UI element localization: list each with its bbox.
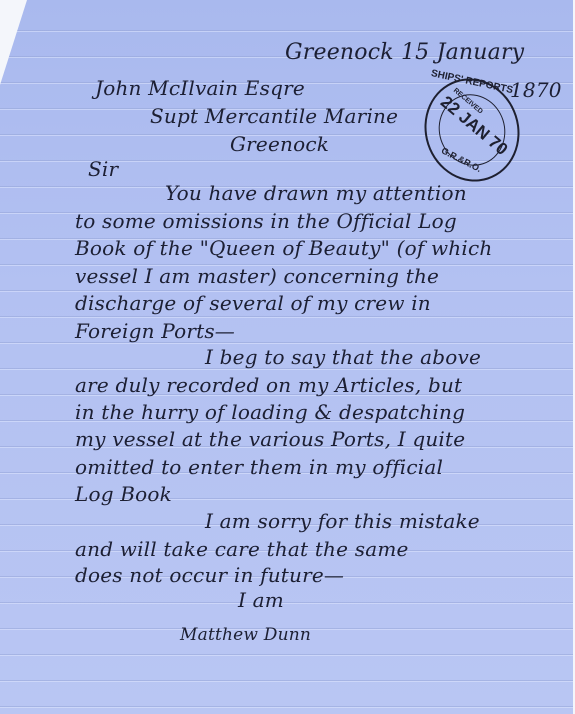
body-line: are duly recorded on my Articles, but	[75, 373, 462, 397]
addressee-place: Greenock	[230, 132, 329, 156]
body-line: omitted to enter them in my official	[75, 455, 443, 479]
body-line: and will take care that the same	[75, 537, 409, 561]
body-line: vessel I am master) concerning the	[75, 264, 439, 288]
body-line: to some omissions in the Official Log	[75, 209, 457, 233]
body-line: Foreign Ports—	[75, 319, 235, 343]
salutation: Sir	[88, 157, 118, 181]
body-line: I am sorry for this mistake	[205, 509, 480, 533]
year: 1870	[510, 78, 562, 102]
place-date: Greenock 15 January	[285, 40, 524, 65]
body-line: Log Book	[75, 482, 172, 506]
body-line: Book of the "Queen of Beauty" (of which	[75, 236, 492, 260]
signature: Matthew Dunn	[180, 625, 311, 645]
body-line: I beg to say that the above	[205, 345, 481, 369]
addressee-title: Supt Mercantile Marine	[150, 104, 398, 128]
body-line: You have drawn my attention	[165, 181, 467, 205]
closing: I am	[238, 588, 284, 612]
letter-page: Greenock 15 January 1870 John McIlvain E…	[0, 0, 573, 714]
body-line: my vessel at the various Ports, I quite	[75, 427, 465, 451]
body-line: does not occur in future—	[75, 563, 344, 587]
body-line: in the hurry of loading & despatching	[75, 400, 465, 424]
addressee-name: John McIlvain Esqre	[95, 76, 305, 100]
body-line: discharge of several of my crew in	[75, 291, 431, 315]
